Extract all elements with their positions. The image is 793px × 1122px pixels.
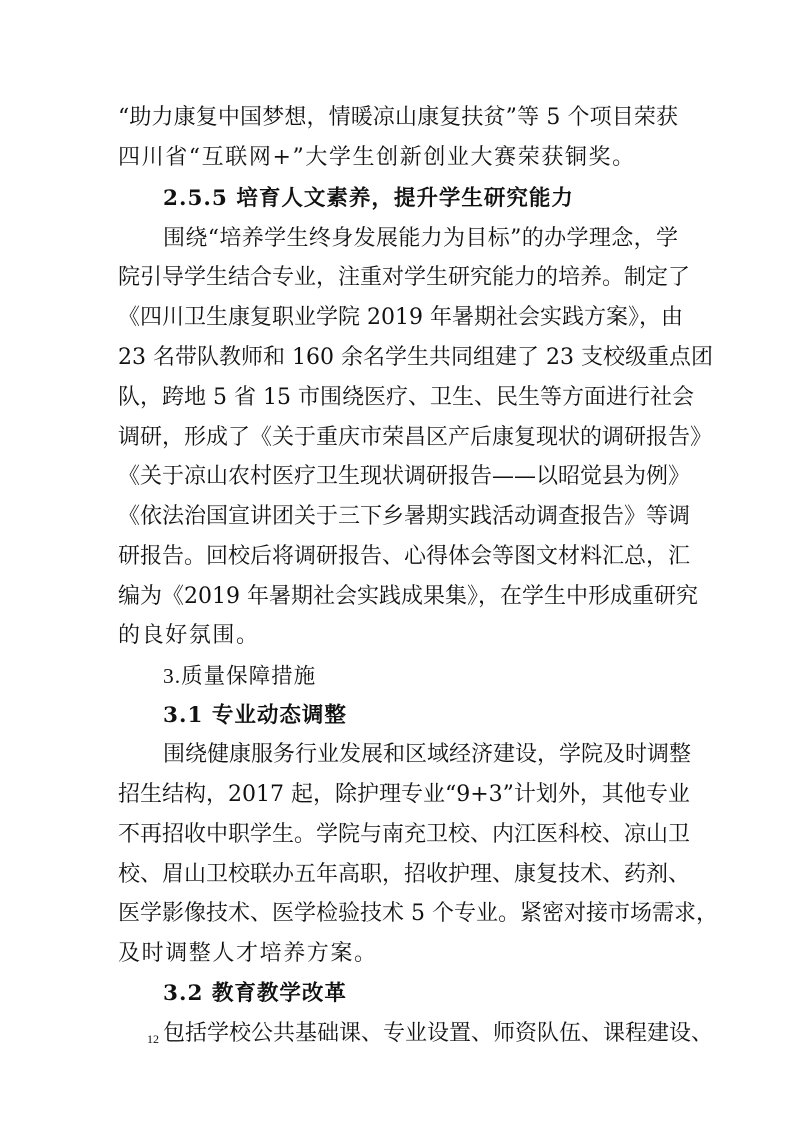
paragraph-line: 《关于凉山农村医疗卫生现状调研报告——以昭觉县为例》 bbox=[118, 462, 678, 492]
paragraph-line: 院引导学生结合专业，注重对学生研究能力的培养。制定了 bbox=[118, 263, 678, 293]
paragraph-line: 校、眉山卫校联办五年高职，招收护理、康复技术、药剂、 bbox=[118, 860, 678, 890]
section-heading-3-2: 3.2 教育教学改革 bbox=[163, 979, 723, 1009]
section-heading-3-1: 3.1 专业动态调整 bbox=[163, 701, 723, 731]
paragraph-line: 研报告。回校后将调研报告、心得体会等图文材料汇总，汇 bbox=[118, 542, 678, 572]
paragraph-line: 围绕健康服务行业发展和区域经济建设，学院及时调整 bbox=[163, 740, 678, 770]
paragraph-line: 招生结构，2017 起，除护理专业“9+3”计划外，其他专业 bbox=[118, 780, 678, 810]
page-number: 12 bbox=[147, 1032, 159, 1047]
section-heading-3: 3.质量保障措施 bbox=[163, 661, 723, 691]
paragraph-line: 23 名带队教师和 160 余名学生共同组建了 23 支校级重点团 bbox=[118, 343, 678, 373]
paragraph-line: 包括学校公共基础课、专业设置、师资队伍、课程建设、 bbox=[163, 1019, 678, 1049]
document-page: “助力康复中国梦想，情暖凉山康复扶贫”等 5 个项目荣获 四川省“互联网+”大学… bbox=[0, 0, 793, 1122]
paragraph-line: 《四川卫生康复职业学院 2019 年暑期社会实践方案》，由 bbox=[118, 303, 678, 333]
paragraph-line: 调研，形成了《关于重庆市荣昌区产后康复现状的调研报告》 bbox=[118, 423, 678, 453]
paragraph-line: “助力康复中国梦想，情暖凉山康复扶贫”等 5 个项目荣获 bbox=[118, 103, 678, 133]
paragraph-line: 《依法治国宣讲团关于三下乡暑期实践活动调查报告》等调 bbox=[118, 502, 678, 532]
paragraph-line: 围绕“培养学生终身发展能力为目标”的办学理念，学 bbox=[163, 224, 678, 254]
paragraph-line: 及时调整人才培养方案。 bbox=[118, 939, 678, 969]
paragraph-line: 不再招收中职学生。学院与南充卫校、内江医科校、凉山卫 bbox=[118, 820, 678, 850]
paragraph-line: 四川省“互联网+”大学生创新创业大赛荣获铜奖。 bbox=[118, 143, 678, 173]
section-heading-2-5-5: 2.5.5 培育人文素养，提升学生研究能力 bbox=[163, 184, 723, 214]
paragraph-line: 编为《2019 年暑期社会实践成果集》，在学生中形成重研究 bbox=[118, 582, 678, 612]
paragraph-line: 的良好氛围。 bbox=[118, 621, 678, 651]
paragraph-line: 队，跨地 5 省 15 市围绕医疗、卫生、民生等方面进行社会 bbox=[118, 383, 678, 413]
paragraph-line: 医学影像技术、医学检验技术 5 个专业。紧密对接市场需求， bbox=[118, 899, 678, 929]
